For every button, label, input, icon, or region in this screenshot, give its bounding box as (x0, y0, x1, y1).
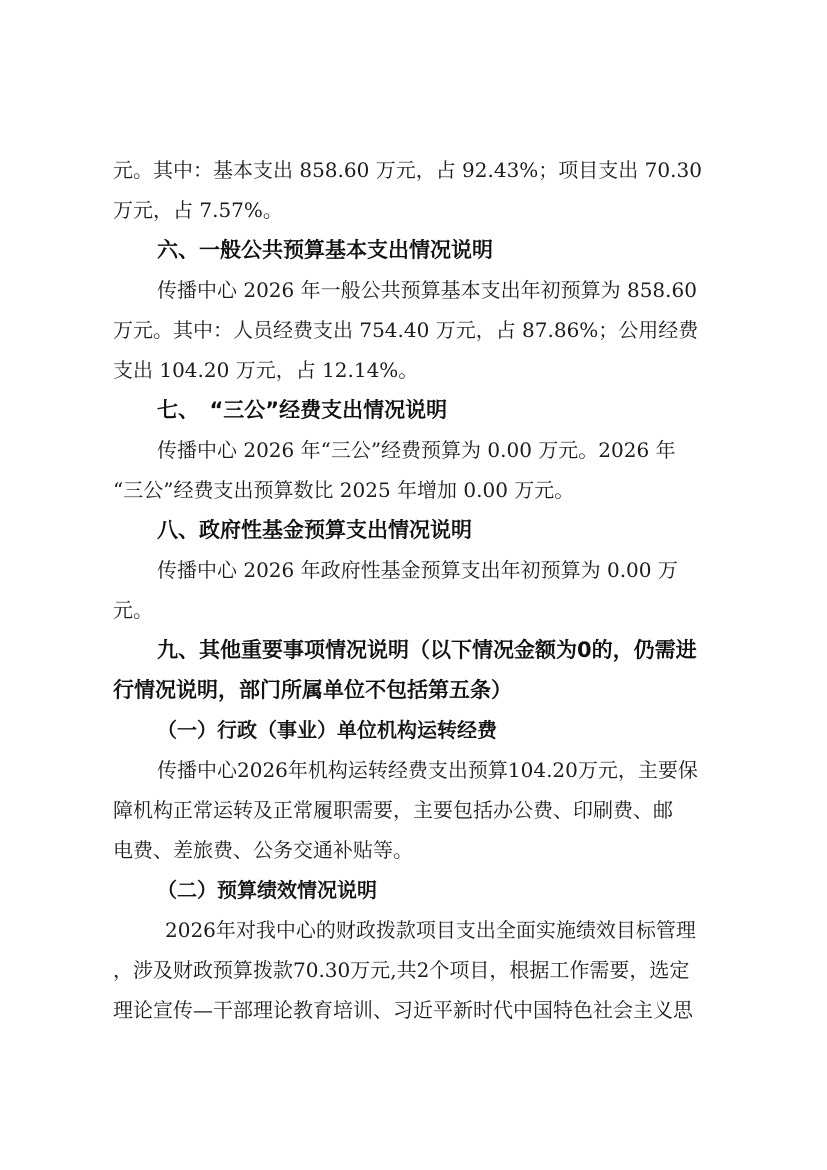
paragraph-line: 理论宣传—干部理论教育培训、习近平新时代中国特色社会主义思 (113, 990, 735, 1030)
paragraph-line: 传播中心2026年机构运转经费支出预算104.20万元，主要保 (113, 750, 735, 790)
paragraph-line: 2026年对我中心的财政拨款项目支出全面实施绩效目标管理 (113, 910, 735, 950)
paragraph-line: 传播中心 2026 年“三公”经费预算为 0.00 万元。2026 年 (113, 430, 735, 470)
section-9-heading-line-2: 行情况说明，部门所属单位不包括第五条） (113, 670, 735, 710)
subsection-2-heading: （二）预算绩效情况说明 (113, 870, 735, 910)
paragraph-line: 万元，占 7.57%。 (113, 190, 735, 230)
paragraph-line: 传播中心 2026 年政府性基金预算支出年初预算为 0.00 万 (113, 550, 735, 590)
paragraph-line: 障机构正常运转及正常履职需要，主要包括办公费、印刷费、邮 (113, 790, 735, 830)
subsection-1-heading: （一）行政（事业）单位机构运转经费 (113, 710, 735, 750)
paragraph-line: 元。 (113, 590, 735, 630)
document-text-block: 元。其中：基本支出 858.60 万元，占 92.43%；项目支出 70.30 … (113, 150, 735, 1030)
paragraph-line: 万元。其中：人员经费支出 754.40 万元，占 87.86%；公用经费 (113, 310, 735, 350)
section-8-heading: 八、政府性基金预算支出情况说明 (113, 510, 735, 550)
section-9-heading-line-1: 九、其他重要事项情况说明（以下情况金额为0的，仍需进 (113, 630, 735, 670)
section-7-heading: 七、 “三公”经费支出情况说明 (113, 390, 735, 430)
paragraph-line: 传播中心 2026 年一般公共预算基本支出年初预算为 858.60 (113, 270, 735, 310)
paragraph-line: “三公”经费支出预算数比 2025 年增加 0.00 万元。 (113, 470, 735, 510)
paragraph-line: 电费、差旅费、公务交通补贴等。 (113, 830, 735, 870)
section-6-heading: 六、一般公共预算基本支出情况说明 (113, 230, 735, 270)
paragraph-line: 元。其中：基本支出 858.60 万元，占 92.43%；项目支出 70.30 (113, 150, 735, 190)
paragraph-line: ，涉及财政预算拨款70.30万元,共2个项目，根据工作需要，选定 (113, 950, 735, 990)
document-page: 元。其中：基本支出 858.60 万元，占 92.43%；项目支出 70.30 … (0, 0, 827, 1170)
paragraph-line: 支出 104.20 万元，占 12.14%。 (113, 350, 735, 390)
